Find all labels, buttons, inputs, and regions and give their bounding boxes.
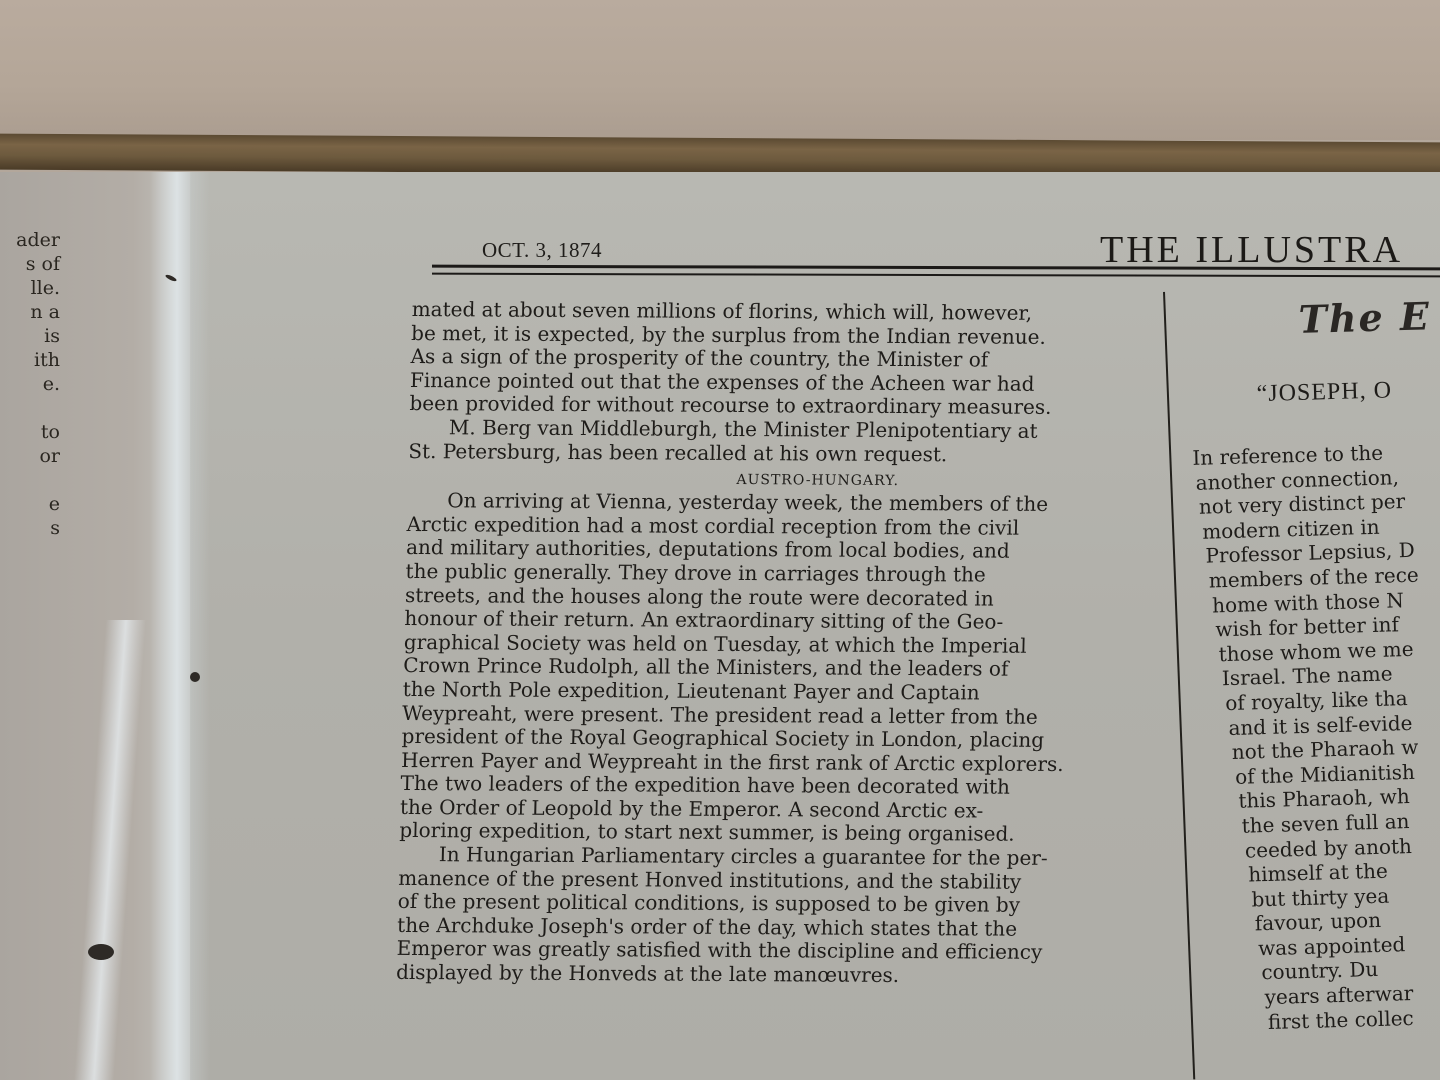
- left-fragment-line: lle.: [0, 276, 60, 300]
- frame-mat: [0, 0, 1440, 140]
- left-fragment-line: or: [0, 444, 60, 468]
- page-fold: [150, 172, 210, 1080]
- left-fragment-line: [0, 396, 60, 420]
- issue-date: OCT. 3, 1874: [482, 238, 602, 263]
- right-column: The E “JOSEPH, O In reference to theanot…: [1188, 293, 1440, 1036]
- left-fragment-line: is: [0, 324, 60, 348]
- blackletter-heading: The E: [1298, 293, 1440, 361]
- ink-spot: [88, 944, 114, 960]
- left-fragment-line: [0, 468, 60, 492]
- ink-spot: [190, 672, 200, 682]
- left-fragment-line: to: [0, 420, 60, 444]
- left-page-text-fragments: aders oflle.n aisithe. toor es: [0, 228, 60, 540]
- article-column: mated at about seven millions of florins…: [396, 298, 1212, 989]
- left-fragment-line: s: [0, 516, 60, 540]
- left-fragment-line: ith: [0, 348, 60, 372]
- left-fragment-line: ader: [0, 228, 60, 252]
- right-subheading: “JOSEPH, O: [1256, 369, 1440, 444]
- article-line: displayed by the Honveds at the late man…: [396, 961, 1197, 989]
- left-fragment-line: n a: [0, 300, 60, 324]
- left-fragment-line: e.: [0, 372, 60, 396]
- left-fragment-line: e: [0, 492, 60, 516]
- right-column-body: In reference to theanother connection,no…: [1192, 439, 1440, 1036]
- left-fragment-line: s of: [0, 252, 60, 276]
- masthead: THE ILLUSTRA: [1100, 228, 1403, 272]
